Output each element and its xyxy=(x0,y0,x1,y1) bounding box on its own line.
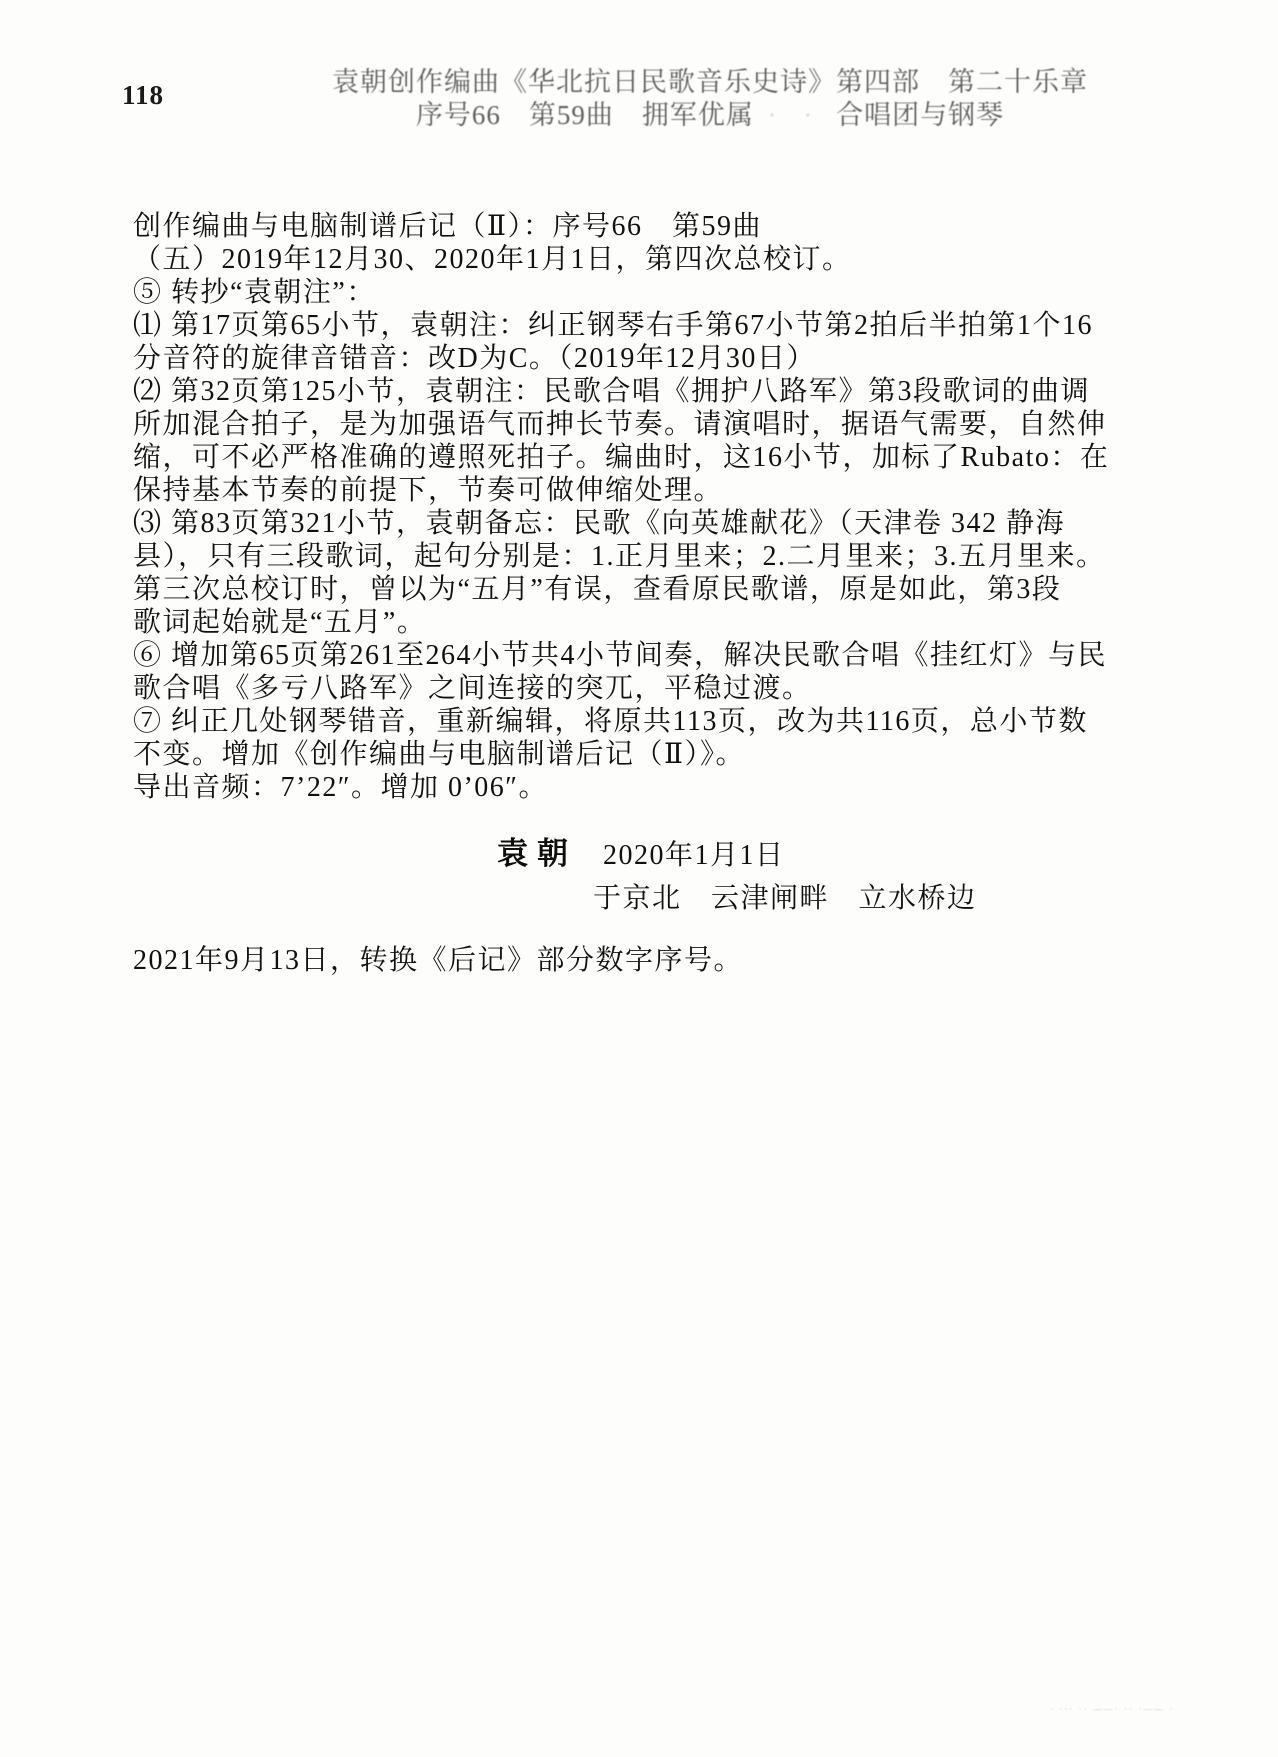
running-header-faded-characters: · · xyxy=(768,100,823,130)
body-line: （五）2019年12月30、2020年1月1日，第四次总校订。 xyxy=(133,243,1173,276)
running-header-line2-right: 合唱团与钢琴 xyxy=(836,100,1004,130)
signature-date: 2020年1月1日 xyxy=(603,840,785,871)
running-header-line2: 序号66 第59曲 拥军优属 · · 合唱团与钢琴 xyxy=(210,99,1210,132)
body-line: ⑦ 纠正几处钢琴错音，重新编辑，将原共113页，改为共116页，总小节数 xyxy=(133,705,1173,738)
running-header-line1: 袁朝创作编曲《华北抗日民歌音乐史诗》第四部 第二十乐章 xyxy=(210,66,1210,99)
scan-watermark: · ··· ·· ——· ·· ·—— · xyxy=(1050,1704,1250,1714)
body-line: 第三次总校订时，曾以为“五月”有误，查看原民歌谱，原是如此，第3段 xyxy=(133,573,1173,606)
body-line: 保持基本节奏的前提下，节奏可做伸缩处理。 xyxy=(133,474,1173,507)
body-line: 不变。增加《创作编曲与电脑制谱后记（Ⅱ）》。 xyxy=(133,738,1173,771)
running-header-line2-left: 序号66 第59曲 拥军优属 xyxy=(416,100,754,130)
body-line: ⑤ 转抄“袁朝注”： xyxy=(133,276,1173,309)
body-line: 创作编曲与电脑制谱后记（Ⅱ）：序号66 第59曲 xyxy=(133,210,1173,243)
body-line: ⑵ 第32页第125小节，袁朝注：民歌合唱《拥护八路军》第3段歌词的曲调 xyxy=(133,375,1173,408)
body-line: ⑴ 第17页第65小节，袁朝注：纠正钢琴右手第67小节第2拍后半拍第1个16 xyxy=(133,309,1173,342)
page-number: 118 xyxy=(122,80,164,111)
body-line: 分音符的旋律音错音：改D为C。（2019年12月30日） xyxy=(133,342,1173,375)
body-line: 歌词起始就是“五月”。 xyxy=(133,606,1173,639)
body-line: ⑥ 增加第65页第261至264小节共4小节间奏，解决民歌合唱《挂红灯》与民 xyxy=(133,639,1173,672)
revision-footnote: 2021年9月13日，转换《后记》部分数字序号。 xyxy=(133,938,743,978)
body-line: 所加混合拍子，是为加强语气而抻长节奏。请演唱时，据语气需要，自然伸 xyxy=(133,408,1173,441)
author-name: 袁朝 xyxy=(497,836,577,871)
signature-line: 袁朝 2020年1月1日 xyxy=(497,828,785,873)
body-line: 导出音频：7’22″。增加 0’06″。 xyxy=(133,771,1173,804)
body-line: ⑶ 第83页第321小节，袁朝备忘：民歌《向英雄献花》（天津卷 342 静海 xyxy=(133,507,1173,540)
signature-place: 于京北 云津闸畔 立水桥边 xyxy=(593,876,977,916)
postscript-body: 创作编曲与电脑制谱后记（Ⅱ）：序号66 第59曲 （五）2019年12月30、2… xyxy=(133,210,1173,804)
body-line: 歌合唱《多亏八路军》之间连接的突兀，平稳过渡。 xyxy=(133,672,1173,705)
body-line: 缩，可不必严格准确的遵照死拍子。编曲时，这16小节，加标了Rubato：在 xyxy=(133,441,1173,474)
document-page: 118 袁朝创作编曲《华北抗日民歌音乐史诗》第四部 第二十乐章 序号66 第59… xyxy=(0,0,1278,1757)
running-header: 袁朝创作编曲《华北抗日民歌音乐史诗》第四部 第二十乐章 序号66 第59曲 拥军… xyxy=(210,66,1210,132)
body-line: 县），只有三段歌词，起句分别是：1.正月里来；2.二月里来；3.五月里来。 xyxy=(133,540,1173,573)
